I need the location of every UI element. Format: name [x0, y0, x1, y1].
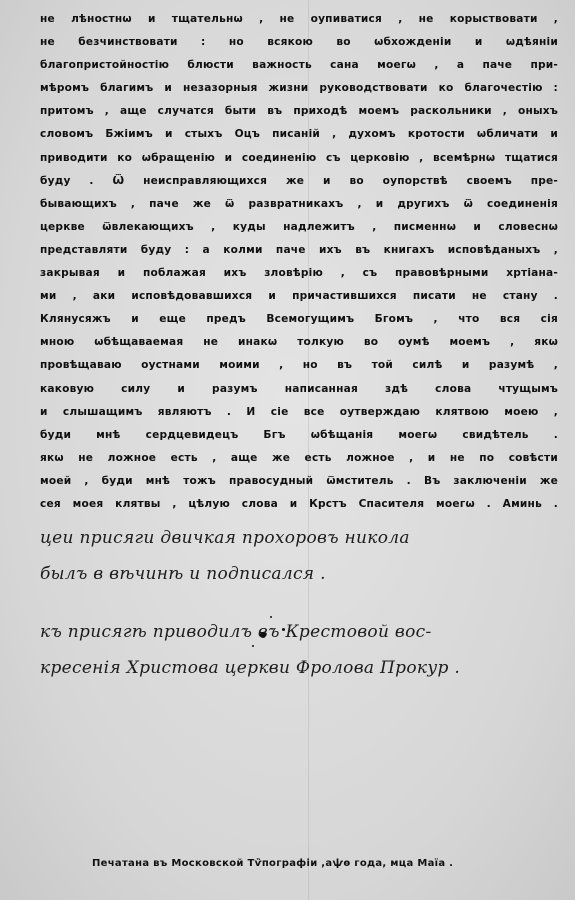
printed-line: бывающихъ , паче же ѿ развратникахъ , и …	[40, 193, 558, 216]
printed-line: и слышащимъ являютъ . И сіе все оутвержд…	[40, 401, 558, 424]
printed-line: сея моея клятвы , цѣлую слова и Крстъ Сп…	[40, 493, 558, 516]
printed-line: мною ѡбѣщаваемая не инакѡ толкую во оумѣ…	[40, 331, 558, 354]
printed-line: мѣромъ благимъ и незазорныя жизни руково…	[40, 77, 558, 100]
printed-line: притомъ , аще случатся быти въ приходѣ м…	[40, 100, 558, 123]
paragraph-gap	[40, 592, 570, 614]
printed-line: ми , аки исповѣдовавшихся и причастивших…	[40, 285, 558, 308]
printed-line: словомъ Бжіимъ и стыхъ Оцъ писаній , дух…	[40, 123, 558, 146]
handwritten-line: цеи присяги двичкая прохоровъ никола	[40, 520, 570, 556]
printer-imprint: Печатана въ Московской Тѷпографіи ,аѱѳ г…	[92, 858, 512, 869]
printed-line: моей , буди мнѣ тожъ правосудный ѿмстите…	[40, 470, 558, 493]
handwritten-line: къ присягѣ приводилъ въ Крестовой вос-	[40, 614, 570, 650]
printed-line: благопристойностію блюсти важность сана …	[40, 54, 558, 77]
ink-blot	[270, 616, 272, 618]
printed-line: приводити ко ѡбращенію и соединенію съ ц…	[40, 147, 558, 170]
printed-line: закрывая и поблажая ихъ зловѣрію , съ пр…	[40, 262, 558, 285]
handwritten-line: кресенія Христова церкви Фролова Прокур …	[40, 650, 570, 686]
printed-line: каковую силу и разумъ написанная здѣ сло…	[40, 378, 558, 401]
printed-line: якѡ не ложное есть , аще же есть ложное …	[40, 447, 558, 470]
printed-line: Клянусяжъ и еще предъ Всемогущимъ Бгомъ …	[40, 308, 558, 331]
printed-line: представляти буду : а колми паче ихъ въ …	[40, 239, 558, 262]
handwritten-paragraph-officiant: къ присягѣ приводилъ въ Крестовой вос- к…	[40, 614, 570, 686]
printed-line: буди мнѣ сердцевидецъ Бгъ ѡбѣщанія моегѡ…	[40, 424, 558, 447]
printed-line: буду . Ѿ неисправляющихся же и во оупорс…	[40, 170, 558, 193]
handwritten-notes: цеи присяги двичкая прохоровъ никола был…	[40, 520, 570, 686]
printed-oath-text: не лѣностнѡ и тщательнѡ , не оупиватися …	[40, 8, 558, 516]
printed-line: провѣщаваю оустнами моими , но въ той си…	[40, 354, 558, 377]
document-page: не лѣностнѡ и тщательнѡ , не оупиватися …	[0, 0, 575, 900]
printed-line: не лѣностнѡ и тщательнѡ , не оупиватися …	[40, 8, 558, 31]
printed-line: не безчинствовати : но всякою во ѡбхожде…	[40, 31, 558, 54]
ink-blot	[252, 645, 254, 647]
handwritten-line: былъ в вѣчинѣ и подписался .	[40, 556, 570, 592]
ink-blot	[260, 632, 266, 638]
ink-blot	[282, 628, 285, 631]
handwritten-paragraph-oath-taker: цеи присяги двичкая прохоровъ никола был…	[40, 520, 570, 592]
printed-line: церкве ѿвлекающихъ , куды надлежитъ , пи…	[40, 216, 558, 239]
